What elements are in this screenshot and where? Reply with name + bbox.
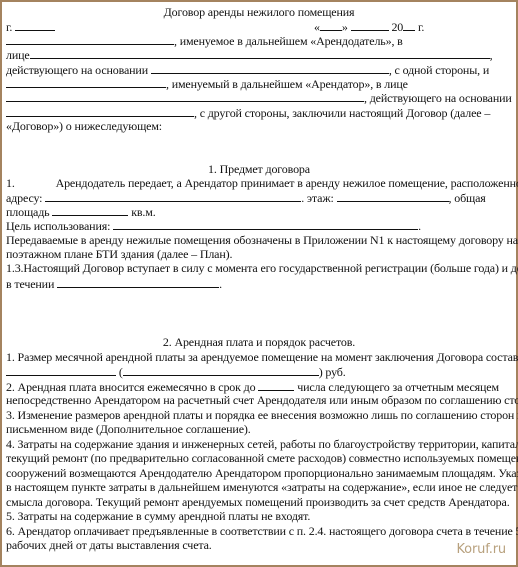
s1-p3-line-1: 1.3.Настоящий Договор вступает в силу с … <box>6 261 518 275</box>
purpose-label: Цель использования: <box>6 219 110 233</box>
clause-text: 2. Арендная плата вносится ежемесячно в … <box>6 380 256 394</box>
document-title: Договор аренды нежилого помещения <box>2 5 516 19</box>
address-blank <box>45 190 301 202</box>
rent-currency: ) руб. <box>319 365 346 379</box>
lessee-basis-blank <box>6 105 194 117</box>
s1-p2-line-2: поэтажном плане БТИ здания (далее – План… <box>6 247 232 261</box>
city-prefix: г. <box>6 20 12 34</box>
year-blank <box>403 19 415 31</box>
clause-text: числа следующего за отчетным месяцем <box>297 380 499 394</box>
year-prefix: 20 <box>391 20 403 34</box>
preamble-text: , именуемый в дальнейшем «Арендатор», в … <box>166 77 408 91</box>
term-label: в течении <box>6 277 54 291</box>
lessor-rep-blank <box>30 47 490 59</box>
preamble-text: , <box>490 48 493 62</box>
s2-p3-line-2: письменном виде (Дополнительное соглашен… <box>6 422 251 436</box>
date-close-quote: » <box>342 20 348 34</box>
s2-p1-line-2: () руб. <box>6 364 346 379</box>
preamble-text: действующего на основании <box>6 63 148 77</box>
area-unit: кв.м. <box>131 205 155 219</box>
preamble-text: , с одной стороны, и <box>389 63 489 77</box>
s1-p1-line-3: площадь кв.м. <box>6 204 156 219</box>
s2-p1-line-1: 1. Размер месячной арендной платы за аре… <box>6 350 518 364</box>
s2-p2-line-2: непосредственно Арендатором на расчетный… <box>6 393 518 407</box>
section-2-heading: 2. Арендная плата и порядок расчетов. <box>2 335 516 349</box>
preamble-text: , с другой стороны, заключили настоящий … <box>194 106 490 120</box>
s2-p6-line-1: 6. Арендатор оплачивает предъявленные в … <box>6 524 518 538</box>
rent-amount-blank <box>6 364 116 376</box>
clause-text: Арендодатель передает, а Арендатор прини… <box>56 176 518 190</box>
lessee-blank <box>6 76 166 88</box>
clause-number: 1. <box>6 176 15 190</box>
s2-p3-line-1: 3. Изменение размеров арендной платы и п… <box>6 408 518 422</box>
section-1-heading: 1. Предмет договора <box>2 162 516 176</box>
s2-p4-line-3: сооружений возмещаются Арендодателю Арен… <box>6 466 518 480</box>
rent-words-blank <box>123 364 319 376</box>
year-suffix: г. <box>418 20 424 34</box>
s2-p4-line-1: 4. Затраты на содержание здания и инжене… <box>6 437 518 451</box>
preamble-line-6: , с другой стороны, заключили настоящий … <box>6 105 490 120</box>
s2-p4-line-4: в настоящем пункте затраты в дальнейшем … <box>6 480 518 494</box>
day-blank <box>320 19 342 31</box>
city-blank <box>15 19 55 31</box>
s1-purpose-line: Цель использования: . <box>6 218 421 233</box>
punct: . <box>418 219 421 233</box>
date-line: «» 20 г. <box>314 19 424 34</box>
preamble-line-7: «Договор») о нижеследующем: <box>6 119 162 133</box>
preamble-text: , действующего на основании <box>364 91 512 105</box>
s2-p4-line-5: смысла договора. Текущий ремонт арендуем… <box>6 495 510 509</box>
preamble-line-5: , действующего на основании <box>6 90 512 105</box>
area-label: площадь <box>6 205 50 219</box>
preamble-line-4: , именуемый в дальнейшем «Арендатор», в … <box>6 76 408 91</box>
floor-label: . этаж: <box>301 191 333 205</box>
s2-p6-line-2: рабочих дней от даты выставления счета. <box>6 538 212 552</box>
s1-p2-line-1: Передаваемые в аренду нежилые помещения … <box>6 233 518 247</box>
s1-p1-line-2: адресу: . этаж: , общая <box>6 190 486 205</box>
area-blank <box>52 204 128 216</box>
preamble-line-1: , именуемое в дальнейшем «Арендодатель»,… <box>6 33 403 48</box>
month-blank <box>351 19 389 31</box>
payment-day-blank <box>258 379 294 391</box>
term-blank <box>57 276 219 288</box>
watermark-logo: Koruf.ru <box>456 542 506 557</box>
purpose-blank <box>113 218 418 230</box>
document-page: Договор аренды нежилого помещения г. «» … <box>0 0 518 567</box>
s2-p2-line-1: 2. Арендная плата вносится ежемесячно в … <box>6 379 499 394</box>
preamble-line-2: лице, <box>6 47 492 62</box>
s2-p4-line-2: текущий ремонт (по предварительно соглас… <box>6 451 518 465</box>
floor-blank <box>337 190 449 202</box>
punct: . <box>219 277 222 291</box>
lessor-basis-blank <box>151 62 389 74</box>
preamble-line-3: действующего на основании , с одной стор… <box>6 62 489 77</box>
s1-p1-line-1: 1. Арендодатель передает, а Арендатор пр… <box>6 176 518 190</box>
preamble-text: , именуемое в дальнейшем «Арендодатель»,… <box>174 34 403 48</box>
lessee-rep-blank <box>6 90 364 102</box>
total-label: , общая <box>449 191 486 205</box>
s1-p3-line-2: в течении . <box>6 276 222 291</box>
address-label: адресу: <box>6 191 42 205</box>
preamble-text: лице <box>6 48 30 62</box>
lessor-blank <box>6 33 174 45</box>
s2-p5-line: 5. Затраты на содержание в сумму арендно… <box>6 509 310 523</box>
header-line: г. <box>6 19 55 34</box>
